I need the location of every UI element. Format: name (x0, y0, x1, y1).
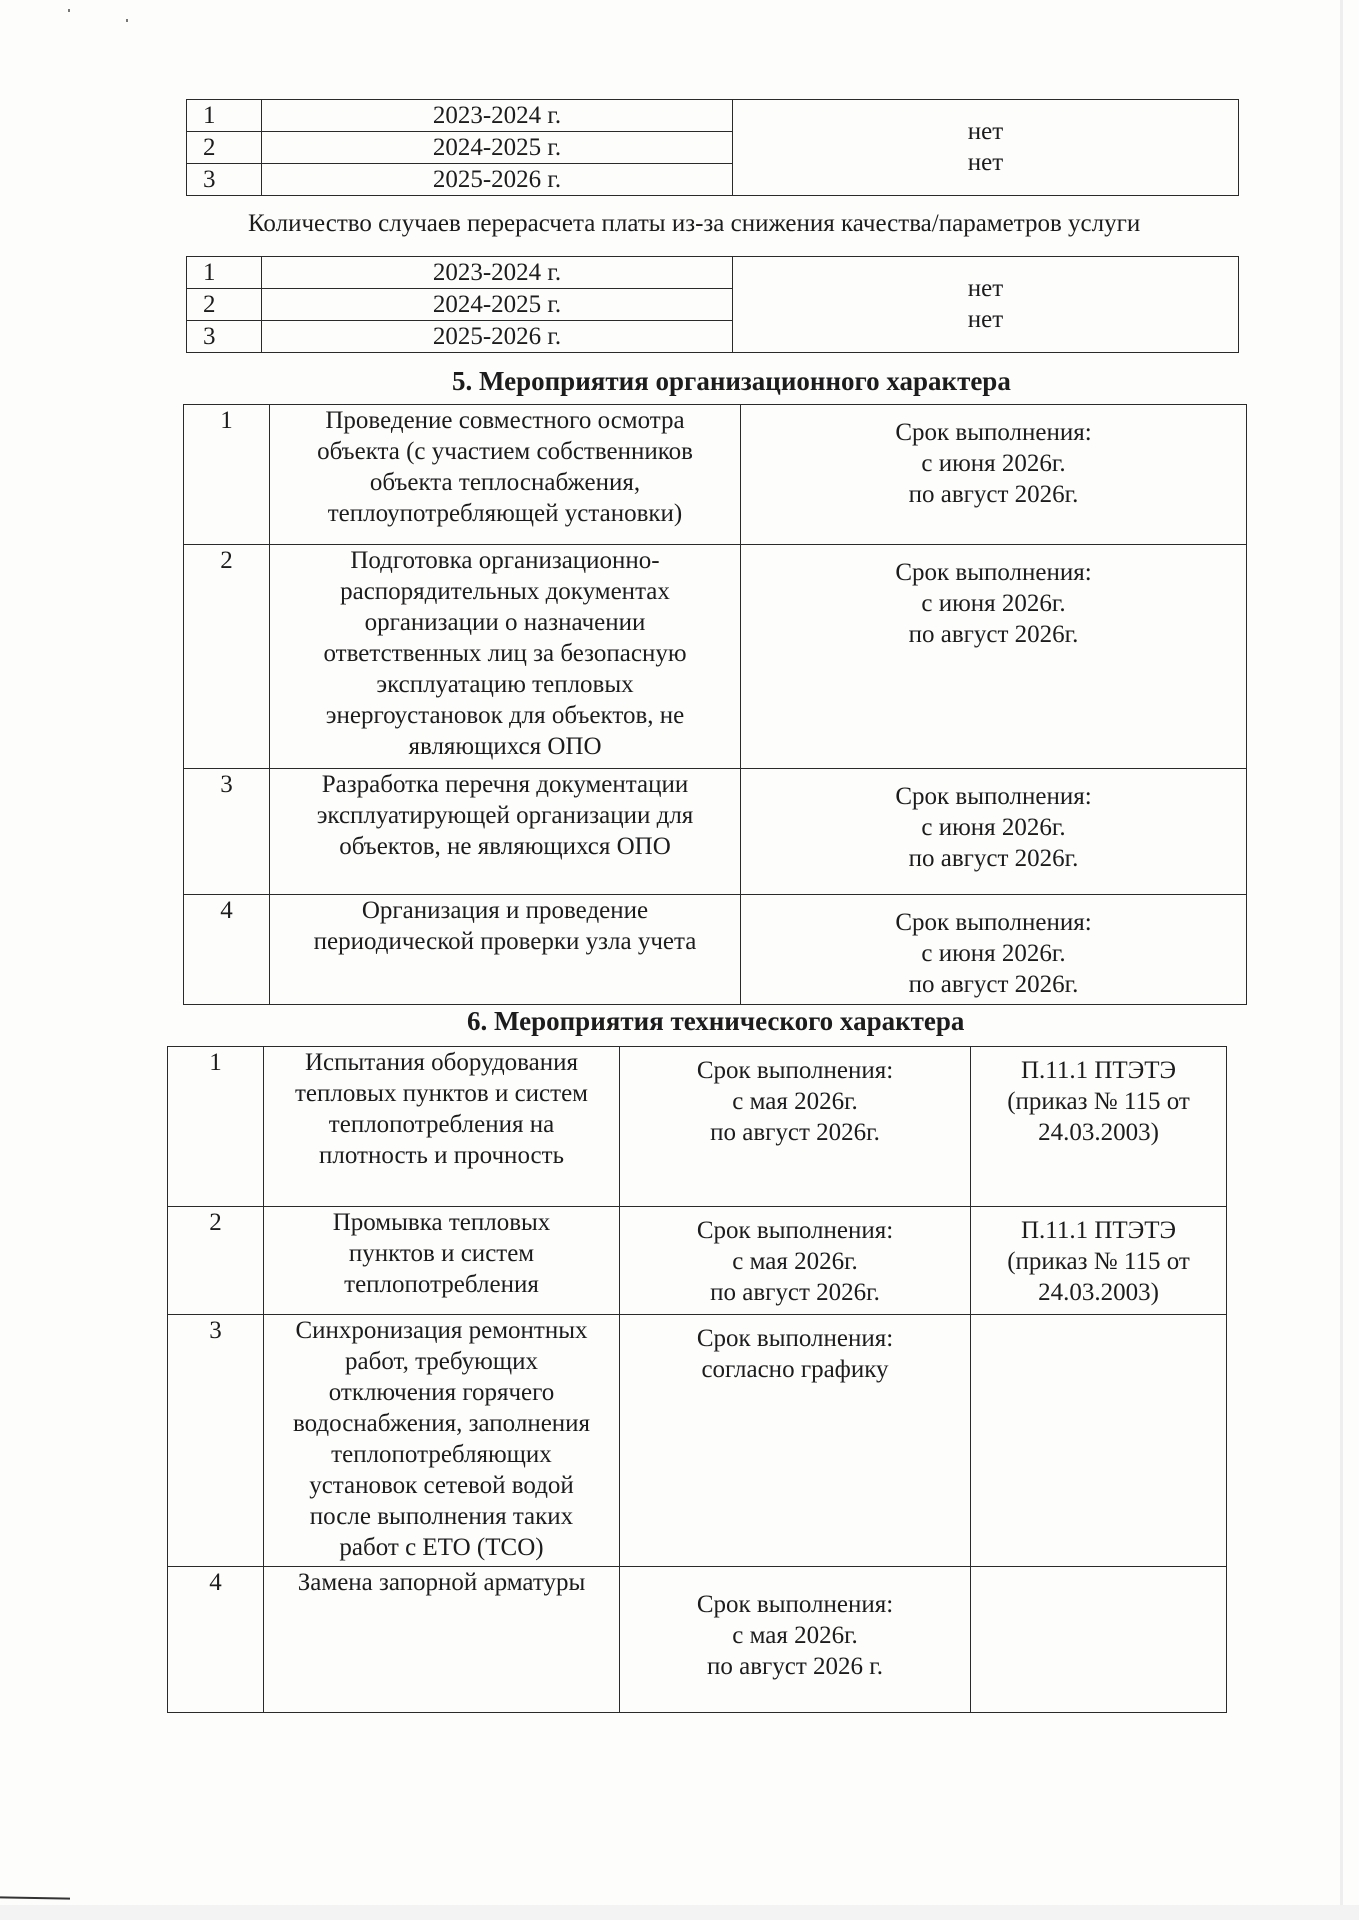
scan-speck (126, 19, 128, 22)
measure-term: Срок выполнения: с июня 2026г. по август… (741, 405, 1246, 510)
table-row: 4 Организация и проведение периодической… (184, 895, 1247, 1005)
measure-term-cell: Срок выполнения: с мая 2026г. по август … (620, 1207, 971, 1315)
measure-term-cell: Срок выполнения: с июня 2026г. по август… (741, 545, 1247, 769)
measure-description: Разработка перечня документации эксплуат… (270, 769, 741, 895)
row-period: 2023-2024 г. (262, 257, 733, 289)
table-row: 1 2023-2024 г. нет нет (187, 100, 1239, 132)
regulation-reference-cell: П.11.1 ПТЭТЭ (приказ № 115 от 24.03.2003… (971, 1047, 1227, 1207)
row-period: 2025-2026 г. (262, 321, 733, 353)
section-6-title: 6. Мероприятия технического характера (467, 1006, 964, 1037)
regulation-reference (971, 1567, 1226, 1575)
value-text: нет (733, 273, 1238, 304)
measure-description: Организация и проведение периодической п… (270, 895, 741, 1005)
measure-term-cell: Срок выполнения: с июня 2026г. по август… (741, 769, 1247, 895)
row-number: 4 (184, 895, 270, 1005)
value-text: нет (733, 304, 1238, 335)
value-text: нет (733, 147, 1238, 178)
page-edge (1340, 0, 1343, 1905)
table-row: 1 Испытания оборудования тепловых пункто… (168, 1047, 1227, 1207)
measure-term: Срок выполнения: с июня 2026г. по август… (741, 769, 1246, 874)
row-number: 4 (168, 1567, 264, 1713)
value-text: нет (733, 116, 1238, 147)
years-table-b: 1 2023-2024 г. нет нет 2 2024-2025 г. 3 … (186, 256, 1239, 353)
row-number: 2 (168, 1207, 264, 1315)
regulation-reference: П.11.1 ПТЭТЭ (приказ № 115 от 24.03.2003… (971, 1207, 1226, 1308)
row-number: 3 (187, 164, 262, 196)
table-row: 1 Проведение совместного осмотра объекта… (184, 405, 1247, 545)
row-number: 2 (184, 545, 270, 769)
row-number: 1 (187, 100, 262, 132)
table-row: 3 Синхронизация ремонтных работ, требующ… (168, 1315, 1227, 1567)
scan-bottom-strip (0, 1905, 1359, 1920)
row-period: 2023-2024 г. (262, 100, 733, 132)
table-row: 3 Разработка перечня документации эксплу… (184, 769, 1247, 895)
value-cell: нет нет (733, 100, 1239, 196)
row-number: 1 (184, 405, 270, 545)
measure-term-cell: Срок выполнения: с июня 2026г. по август… (741, 405, 1247, 545)
measure-term: Срок выполнения: с мая 2026г. по август … (620, 1207, 970, 1308)
value-cell: нет нет (733, 257, 1239, 353)
measure-term: Срок выполнения: согласно графику (620, 1315, 970, 1385)
organizational-measures-table: 1 Проведение совместного осмотра объекта… (183, 404, 1247, 1005)
measure-description: Замена запорной арматуры (264, 1567, 620, 1713)
scan-speck (68, 9, 70, 12)
table-row: 1 2023-2024 г. нет нет (187, 257, 1239, 289)
regulation-reference-cell: П.11.1 ПТЭТЭ (приказ № 115 от 24.03.2003… (971, 1207, 1227, 1315)
row-number: 1 (187, 257, 262, 289)
measure-description: Подготовка организационно- распорядитель… (270, 545, 741, 769)
caption-recalculation: Количество случаев перерасчета платы из-… (248, 208, 1140, 239)
measure-term-cell: Срок выполнения: с июня 2026г. по август… (741, 895, 1247, 1005)
row-number: 2 (187, 132, 262, 164)
regulation-reference-cell (971, 1567, 1227, 1713)
row-period: 2024-2025 г. (262, 289, 733, 321)
regulation-reference: П.11.1 ПТЭТЭ (приказ № 115 от 24.03.2003… (971, 1047, 1226, 1148)
row-number: 2 (187, 289, 262, 321)
row-period: 2024-2025 г. (262, 132, 733, 164)
table-row: 2 Подготовка организационно- распорядите… (184, 545, 1247, 769)
measure-term-cell: Срок выполнения: с мая 2026г. по август … (620, 1567, 971, 1713)
measure-description: Промывка тепловых пунктов и систем тепло… (264, 1207, 620, 1315)
measure-description: Испытания оборудования тепловых пунктов … (264, 1047, 620, 1207)
row-number: 3 (168, 1315, 264, 1567)
regulation-reference (971, 1315, 1226, 1323)
section-5-title: 5. Мероприятия организационного характер… (452, 366, 1011, 397)
measure-term-cell: Срок выполнения: согласно графику (620, 1315, 971, 1567)
row-number: 1 (168, 1047, 264, 1207)
table-row: 2 Промывка тепловых пунктов и систем теп… (168, 1207, 1227, 1315)
measure-description: Проведение совместного осмотра объекта (… (270, 405, 741, 545)
row-number: 3 (187, 321, 262, 353)
measure-term: Срок выполнения: с июня 2026г. по август… (741, 545, 1246, 650)
measure-term: Срок выполнения: с июня 2026г. по август… (741, 895, 1246, 1000)
technical-measures-table: 1 Испытания оборудования тепловых пункто… (167, 1046, 1227, 1713)
measure-term: Срок выполнения: с мая 2026г. по август … (620, 1047, 970, 1148)
measure-term: Срок выполнения: с мая 2026г. по август … (620, 1567, 970, 1682)
row-number: 3 (184, 769, 270, 895)
table-row: 4 Замена запорной арматуры Срок выполнен… (168, 1567, 1227, 1713)
row-period: 2025-2026 г. (262, 164, 733, 196)
measure-description: Синхронизация ремонтных работ, требующих… (264, 1315, 620, 1567)
years-table-a: 1 2023-2024 г. нет нет 2 2024-2025 г. 3 … (186, 99, 1239, 196)
regulation-reference-cell (971, 1315, 1227, 1567)
measure-term-cell: Срок выполнения: с мая 2026г. по август … (620, 1047, 971, 1207)
